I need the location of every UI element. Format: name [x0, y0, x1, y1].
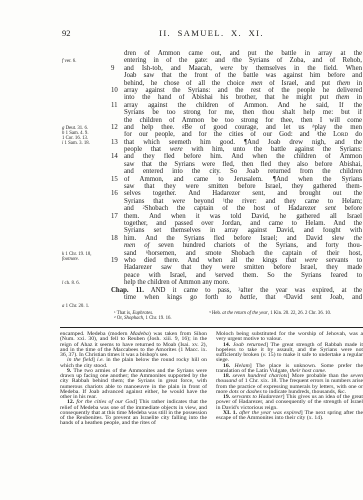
commentary-paragraph: XI. 1. after the year was expired] The n…: [216, 411, 363, 422]
verse-number: 9: [111, 65, 122, 72]
scripture-line-text: men of seven hundred chariots of the Syr…: [124, 242, 362, 249]
scripture-line: behind, he chose of all the choice men o…: [111, 80, 362, 87]
scripture-line-text: Chap. 11. AND it came to pass, 3after th…: [111, 287, 362, 294]
scripture-line: 17them. And when it was told David, he g…: [111, 213, 362, 220]
commentary-paragraph: 19. servants to Hadarezer] This gives us…: [216, 395, 363, 411]
verse-number: 11: [111, 102, 122, 109]
scripture-line: Syrians be too strong for me, then thou …: [111, 109, 362, 116]
scripture-line: peace with Israel, and lserved them. So …: [111, 272, 362, 279]
scripture-line-text: array against the children of Ammon. And…: [124, 102, 362, 109]
commentary-block: encamped. Medeba (modern Madeba) was tak…: [60, 332, 363, 427]
scripture-line: 16selves together. And Hadarezer sent, a…: [111, 190, 362, 197]
scripture-line-text: and 2Shobach the captain of the host of …: [124, 205, 362, 212]
verse-number: 18: [111, 235, 122, 242]
verse-number: 14: [111, 153, 122, 160]
scripture-line: 15of Ammon, and came to Jerusalem. ¶And …: [111, 176, 362, 183]
footnote-column-left: 1 That is, Euphrates.2 Or, Shophach, 1 C…: [114, 311, 209, 322]
running-header: II. SAMUEL. X. XI.: [60, 29, 363, 38]
margin-reference-column: f ver. 6.g Deut. 31. 6.h 1 Sam. 4. 9.1 C…: [60, 50, 110, 310]
scripture-line-text: help the children of Ammon any more.: [124, 279, 230, 286]
scripture-line-text: saw that they were smitten before Israel…: [124, 183, 362, 190]
scripture-line: the children of Ammon be too strong for …: [111, 117, 362, 124]
scripture-line: help the children of Ammon any more.: [111, 279, 362, 286]
scripture-line-text: entering in of the gate: and fthe Syrian…: [124, 57, 362, 64]
margin-reference-line: k 1 Chr. 19. 18, footnote.: [62, 252, 109, 262]
scripture-line-text: together, and passed over Jordan, and ca…: [124, 220, 362, 227]
margin-reference: f ver. 6.: [62, 59, 109, 64]
scripture-line: saw that they were smitten before Israel…: [111, 183, 362, 190]
scripture-line-text: that which seemeth him good. ¶And Joab d…: [124, 139, 362, 146]
scripture-line: and 2Shobach the captain of the host of …: [111, 205, 362, 212]
scripture-line-text: who died there. And when all the kings t…: [124, 257, 362, 264]
verse-number: 19: [111, 257, 122, 264]
scripture-line-text: them. And when it was told David, he gat…: [124, 213, 362, 220]
scripture-line: men of seven hundred chariots of the Syr…: [111, 242, 362, 249]
commentary-paragraph: 9. The two armies of the Ammonites and t…: [60, 369, 207, 401]
scripture-line: Hadarezer saw that they were smitten bef…: [111, 264, 362, 271]
scripture-line: Syrians that were beyond 1the river: and…: [111, 198, 362, 205]
scripture-line-text: behind, he chose of all the choice men o…: [124, 80, 362, 87]
scripture-line: 19who died there. And when all the kings…: [111, 257, 362, 264]
scripture-line-text: into the hand of Abishai his brother, th…: [124, 94, 362, 101]
scripture-line: 10array against the Syrians: and the res…: [111, 87, 362, 94]
scripture-line-text: dren of Ammon came out, and put the batt…: [124, 50, 362, 57]
commentary-left-column: encamped. Medeba (modern Madeba) was tak…: [60, 332, 207, 427]
scripture-line: together, and passed over Jordan, and ca…: [111, 220, 362, 227]
scripture-line-text: and entered into the city. So Joab retur…: [124, 168, 362, 175]
scripture-line-text: people that were with him, unto the batt…: [124, 146, 362, 153]
scripture-line-text: array against the Syrians: and the rest …: [124, 87, 362, 94]
scripture-line: 14and they fled before him. And when the…: [111, 153, 362, 160]
verse-number: 13: [111, 139, 122, 146]
margin-reference-line: l ch. 8. 6.: [62, 281, 109, 286]
margin-reference: k 1 Chr. 19. 18, footnote.: [62, 252, 109, 262]
scripture-line-text: and help thee. gBe of good courage, and …: [124, 124, 362, 131]
scripture-line-text: sand khorsemen, and smote Shobach the ca…: [124, 250, 362, 257]
scripture-line: sand khorsemen, and smote Shobach the ca…: [111, 250, 362, 257]
scripture-line: and entered into the city. So Joab retur…: [111, 168, 362, 175]
scripture-line-text: Syrians be too strong for me, then thou …: [124, 109, 362, 116]
footnote: 2 Or, Shophach, 1 Chr. 19. 16.: [114, 316, 209, 321]
scripture-line: for our people, and for the cities of ou…: [111, 131, 362, 138]
margin-reference-line: f ver. 6.: [62, 59, 109, 64]
book-page: 92 II. SAMUEL. X. XI. f ver. 6.g Deut. 3…: [0, 0, 363, 500]
commentary-paragraph: 18. seven hundred chariots] More probabl…: [216, 374, 363, 395]
scripture-line-text: Syrians set themselves in array against …: [124, 227, 362, 234]
scripture-line: dren of Ammon came out, and put the batt…: [111, 50, 362, 57]
footnote-column-right: 3 Heb. at the return of the year, 1 Kin.…: [209, 311, 362, 322]
scripture-line: entering in of the gate: and fthe Syrian…: [111, 57, 362, 64]
margin-reference-line: a 1 Chr. 20. 1.: [62, 304, 109, 309]
verse-number: 10: [111, 87, 122, 94]
commentary-paragraph: 12. for the cities of our God] This rath…: [60, 400, 207, 426]
scripture-line: time when kings go forth to battle, that…: [111, 294, 362, 301]
scripture-line-text: Hadarezer saw that they were smitten bef…: [124, 264, 362, 271]
scripture-line-text: and they fled before him. And when the c…: [124, 153, 362, 160]
verse-number: 16: [111, 190, 122, 197]
scripture-line: people that were with him, unto the batt…: [111, 146, 362, 153]
scripture-line: Joab saw that the front of the battle wa…: [111, 72, 362, 79]
margin-reference-line: i 1 Sam. 3. 18.: [62, 141, 109, 146]
scripture-line: 11array against the children of Ammon. A…: [111, 102, 362, 109]
verse-number: 15: [111, 176, 122, 183]
scripture-line-text: saw that the Syrians were fled, then fle…: [124, 161, 362, 168]
footnotes-block: 1 That is, Euphrates.2 Or, Shophach, 1 C…: [114, 311, 362, 322]
commentary-paragraph: encamped. Medeba (modern Madeba) was tak…: [60, 332, 207, 358]
section-divider-rule: [60, 327, 363, 328]
scripture-line-text: him. And the Syrians fled before Israel;…: [124, 235, 362, 242]
scripture-line-text: selves together. And Hadarezer sent, and…: [124, 190, 362, 197]
scripture-line-text: the children of Ammon be too strong for …: [124, 117, 362, 124]
scripture-line-text: Joab saw that the front of the battle wa…: [124, 72, 362, 79]
scripture-line: 18him. And the Syrians fled before Israe…: [111, 235, 362, 242]
commentary-paragraph: 14. Joab returned] The great strength of…: [216, 343, 363, 364]
scripture-line: 9and Ish-tob, and Maacah, were by themse…: [111, 65, 362, 72]
margin-reference: l ch. 8. 6.: [62, 281, 109, 286]
scripture-line-text: and Ish-tob, and Maacah, were by themsel…: [124, 65, 362, 72]
margin-reference: a 1 Chr. 20. 1.: [62, 304, 109, 309]
scripture-line: Syrians set themselves in array against …: [111, 227, 362, 234]
commentary-right-column: Moloch being substituted for the worship…: [216, 332, 363, 427]
footnote: 3 Heb. at the return of the year, 1 Kin.…: [209, 311, 362, 316]
verse-number: 17: [111, 213, 122, 220]
scripture-line: into the hand of Abishai his brother, th…: [111, 94, 362, 101]
scripture-line-text: time when kings go forth to battle, that…: [124, 294, 362, 301]
scripture-line: 13that which seemeth him good. ¶And Joab…: [111, 139, 362, 146]
scripture-line-text: peace with Israel, and lserved them. So …: [124, 272, 362, 279]
scripture-line-text: Syrians that were beyond 1the river: and…: [124, 198, 362, 205]
scripture-line-text: for our people, and for the cities of ou…: [124, 131, 362, 138]
margin-reference: g Deut. 31. 6.h 1 Sam. 4. 9.1 Cor. 16. 1…: [62, 126, 109, 146]
scripture-line-text: of Ammon, and came to Jerusalem. ¶And wh…: [124, 176, 362, 183]
scripture-text-block: dren of Ammon came out, and put the batt…: [111, 50, 362, 301]
scripture-line: Chap. 11. AND it came to pass, 3after th…: [111, 287, 362, 294]
scripture-line: 12and help thee. gBe of good courage, an…: [111, 124, 362, 131]
scripture-line: saw that the Syrians were fled, then fle…: [111, 161, 362, 168]
verse-number: 12: [111, 124, 122, 131]
